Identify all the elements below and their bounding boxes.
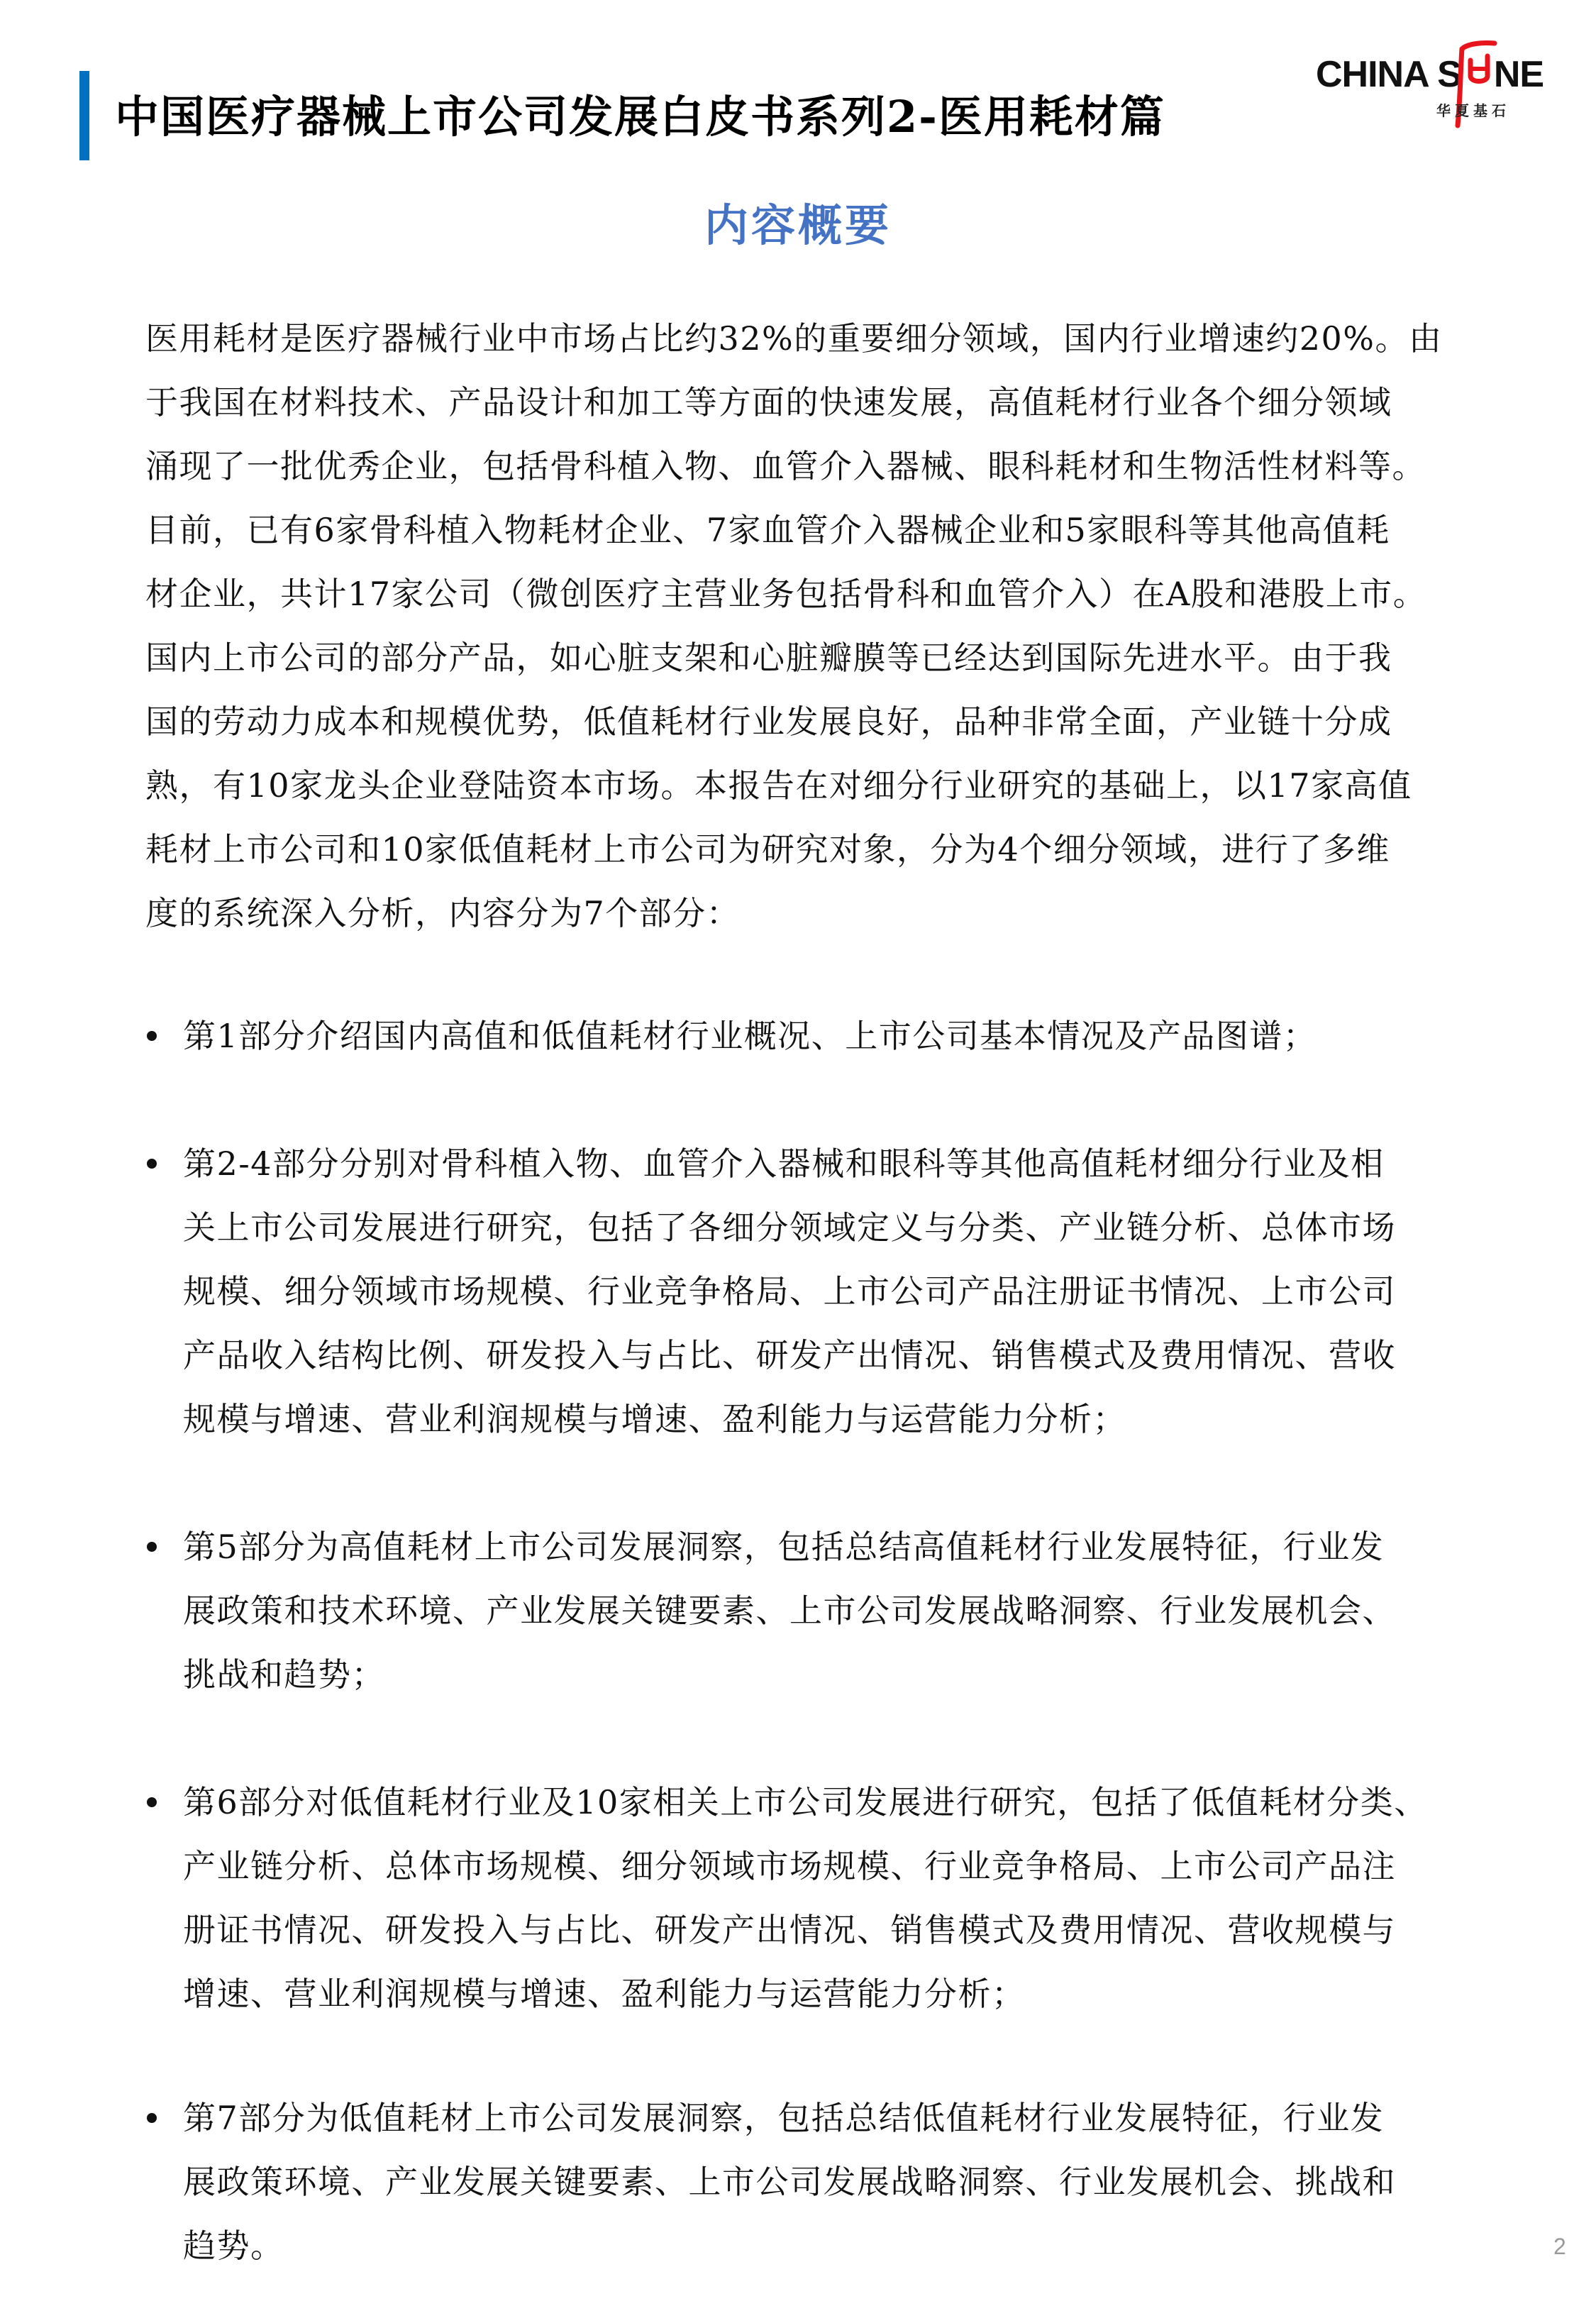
paragraph-line: 熟，有10家龙头企业登陆资本市场。本报告在对细分行业研究的基础上，以17家高值	[145, 754, 1486, 817]
list-item-line: 展政策环境、产业发展关键要素、上市公司发展战略洞察、行业发展机会、挑战和	[183, 2150, 1488, 2214]
list-item-line: 趋势。	[183, 2214, 1488, 2278]
list-item-line: 第7部分为低值耗材上市公司发展洞察，包括总结低值耗材行业发展特征，行业发	[183, 2086, 1488, 2150]
bullet-icon	[147, 1542, 157, 1552]
list-item-line: 挑战和趋势；	[183, 1643, 1488, 1706]
list-item-line: 产品收入结构比例、研发投入与占比、研发产出情况、销售模式及费用情况、营收	[183, 1323, 1488, 1387]
document-title: 中国医疗器械上市公司发展白皮书系列2-医用耗材篇	[115, 89, 1165, 145]
title-accent-bar	[79, 71, 89, 160]
list-item-line: 增速、营业利润规模与增速、盈利能力与运营能力分析；	[183, 1962, 1488, 2026]
list-item-line: 第2-4部分分别对骨科植入物、血管介入器械和眼科等其他高值耗材细分行业及相	[183, 1132, 1488, 1196]
section-heading: 内容概要	[0, 197, 1596, 254]
list-item-line: 第5部分为高值耗材上市公司发展洞察，包括总结高值耗材行业发展特征，行业发	[183, 1515, 1488, 1579]
list-item-line: 关上市公司发展进行研究，包括了各细分领域定义与分类、产业链分析、总体市场	[183, 1196, 1488, 1259]
china-stone-logo: CHINA SNE 华夏基石	[1316, 39, 1543, 131]
paragraph-line: 耗材上市公司和10家低值耗材上市公司为研究对象，分为4个细分领域，进行了多维	[145, 817, 1486, 881]
intro-paragraph: 医用耗材是医疗器械行业中市场占比约32%的重要细分领域，国内行业增速约20%。由…	[145, 307, 1486, 945]
paragraph-line: 涌现了一批优秀企业，包括骨科植入物、血管介入器械、眼科耗材和生物活性材料等。	[145, 434, 1486, 498]
paragraph-line: 国的劳动力成本和规模优势，低值耗材行业发展良好，品种非常全面，产业链十分成	[145, 690, 1486, 754]
list-item-line: 规模与增速、营业利润规模与增速、盈利能力与运营能力分析；	[183, 1387, 1488, 1451]
bullet-icon	[147, 1797, 157, 1807]
bullet-icon	[147, 1159, 157, 1169]
paragraph-line: 目前，已有6家骨科植入物耗材企业、7家血管介入器械企业和5家眼科等其他高值耗	[145, 498, 1486, 562]
list-item-line: 第1部分介绍国内高值和低值耗材行业概况、上市公司基本情况及产品图谱；	[183, 1004, 1488, 1068]
logo-text-right: NE	[1494, 54, 1544, 95]
logo-chinese-name: 华夏基石	[1436, 99, 1510, 120]
logo-text-left: CHINA S	[1316, 54, 1461, 95]
list-item-line: 第6部分对低值耗材行业及10家相关上市公司发展进行研究，包括了低值耗材分类、	[183, 1770, 1488, 1834]
bullet-icon	[147, 2113, 157, 2123]
paragraph-line: 度的系统深入分析，内容分为7个部分：	[145, 881, 1486, 945]
logo-wordmark: CHINA SNE	[1316, 53, 1544, 96]
bullet-icon	[147, 1031, 157, 1041]
list-item-line: 规模、细分领域市场规模、行业竞争格局、上市公司产品注册证书情况、上市公司	[183, 1259, 1488, 1323]
list-item-line: 册证书情况、研发投入与占比、研发产出情况、销售模式及费用情况、营收规模与	[183, 1898, 1488, 1962]
page-number: 2	[1553, 2234, 1566, 2260]
paragraph-line: 材企业，共计17家公司（微创医疗主营业务包括骨科和血管介入）在A股和港股上市。	[145, 562, 1486, 626]
paragraph-line: 于我国在材料技术、产品设计和加工等方面的快速发展，高值耗材行业各个细分领域	[145, 370, 1486, 434]
paragraph-line: 国内上市公司的部分产品，如心脏支架和心脏瓣膜等已经达到国际先进水平。由于我	[145, 626, 1486, 690]
list-item-line: 产业链分析、总体市场规模、细分领域市场规模、行业竞争格局、上市公司产品注	[183, 1834, 1488, 1898]
list-item-line: 展政策和技术环境、产业发展关键要素、上市公司发展战略洞察、行业发展机会、	[183, 1579, 1488, 1643]
paragraph-line: 医用耗材是医疗器械行业中市场占比约32%的重要细分领域，国内行业增速约20%。由	[145, 307, 1486, 370]
